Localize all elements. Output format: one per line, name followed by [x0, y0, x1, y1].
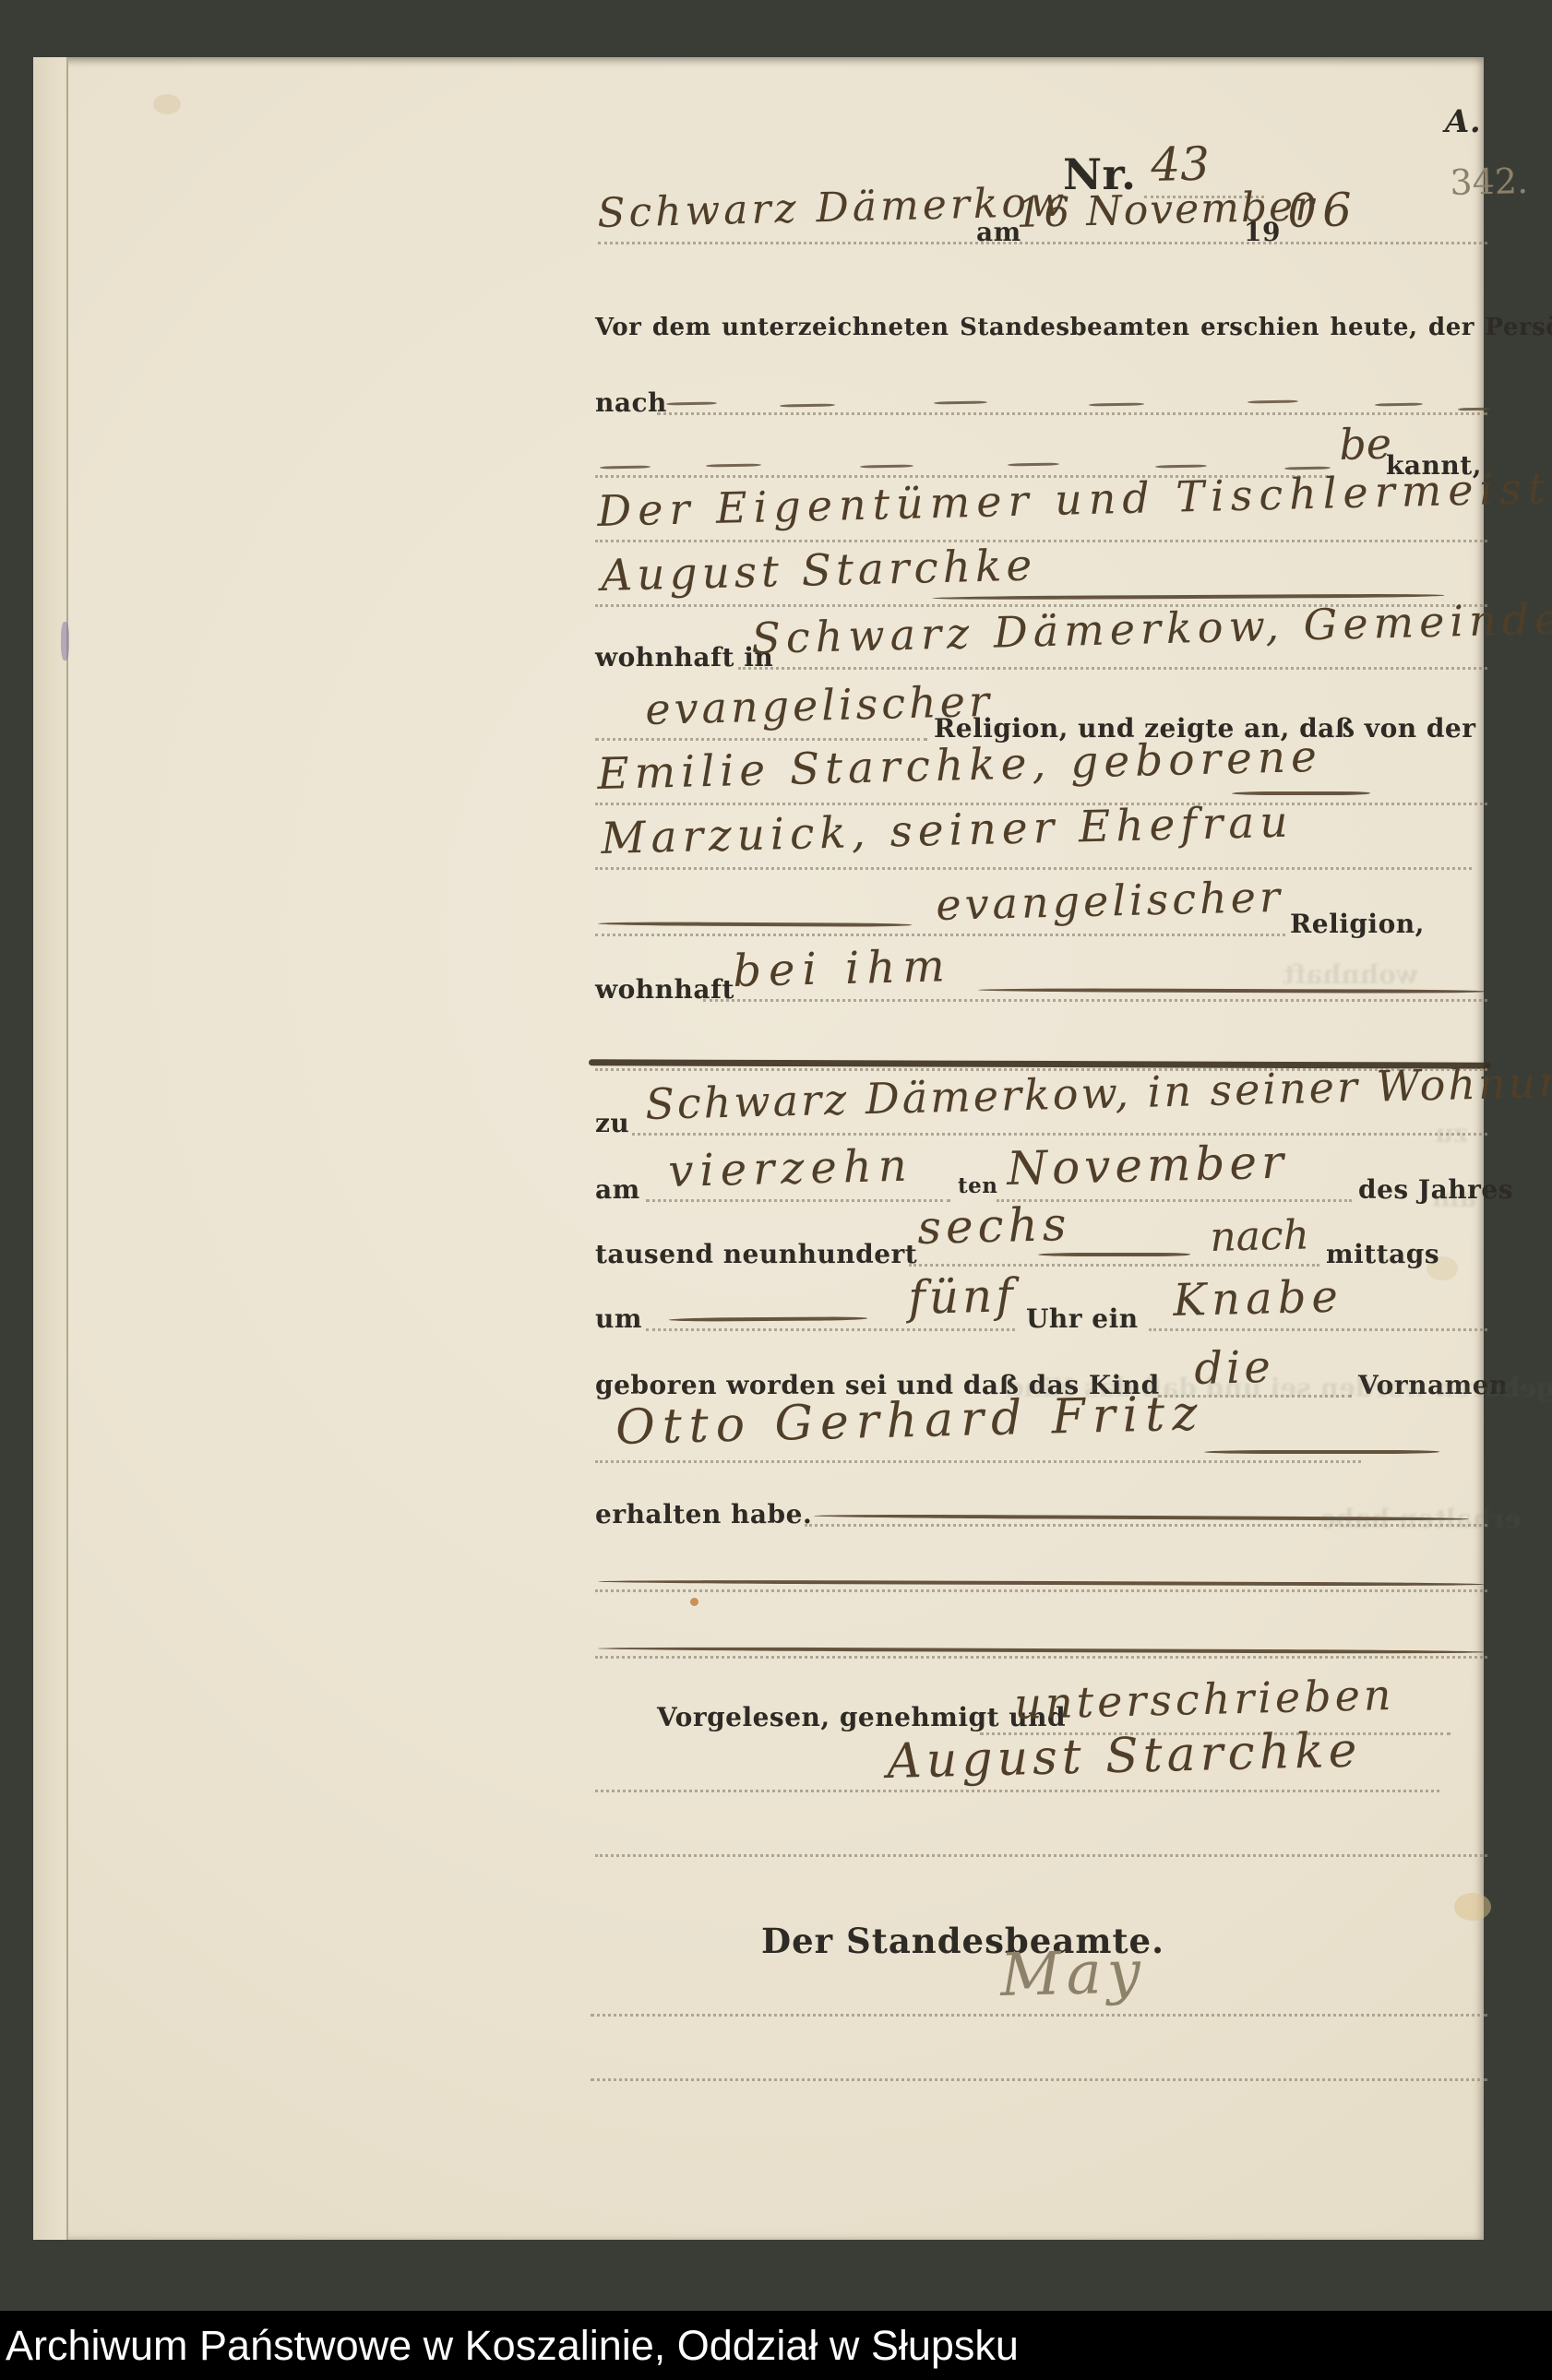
unterschrieben-handwritten: unterschrieben: [1014, 1670, 1395, 1729]
archive-caption-bar: Archiwum Państwowe w Koszalinie, Oddział…: [0, 2311, 1552, 2380]
child-sex-handwritten: Knabe: [1173, 1271, 1344, 1327]
mother-religion-handwritten: evangelischer: [936, 872, 1284, 930]
archive-caption-text: Archiwum Państwowe w Koszalinie, Oddział…: [6, 2322, 1019, 2370]
birth-year-handwritten: sechs: [917, 1197, 1071, 1255]
vorgelesen-printed: Vorgelesen, genehmigt und: [657, 1702, 1066, 1732]
dotted-rule: [703, 999, 1487, 1002]
record-number-value: 43: [1151, 137, 1211, 192]
paper-stain: [153, 94, 181, 114]
religion2-printed: Religion,: [1290, 909, 1425, 939]
declarant-name-handwritten: August Starchke: [601, 540, 1037, 601]
am2-label: am: [595, 1174, 640, 1205]
dotted-rule: [598, 242, 1487, 244]
dotted-rule: [646, 1199, 950, 1202]
dotted-rule: [1149, 1328, 1487, 1331]
dotted-rule: [646, 1328, 1015, 1331]
bleedthrough-text: am: [1432, 1183, 1476, 1213]
birth-month-handwritten: November: [1007, 1136, 1289, 1196]
bleedthrough-text: geboren worden sei und daß das Kind: [1006, 1373, 1552, 1403]
dotted-rule: [595, 1460, 1361, 1463]
underlying-page-edge: [66, 57, 68, 2240]
bleedthrough-text: zu: [1435, 1118, 1468, 1148]
dotted-rule: [595, 540, 1487, 542]
binding-edge-strip: [33, 57, 66, 2240]
um-label: um: [595, 1303, 642, 1334]
uhr-ein-label: Uhr ein: [1026, 1303, 1139, 1334]
birth-day-handwritten: vierzehn: [668, 1140, 914, 1197]
bekannt-handwritten-prefix: be: [1339, 419, 1392, 470]
dotted-rule: [632, 1133, 1487, 1136]
mittag-prefix-handwritten: nach: [1210, 1211, 1310, 1261]
registrar-signature-handwritten: May: [999, 1938, 1147, 2010]
year-handwritten: 06: [1287, 183, 1358, 238]
tausend-label: tausend neunhundert: [595, 1239, 917, 1269]
ten-suffix-label: ten: [958, 1173, 997, 1198]
bleedthrough-text: wohnhaft: [1283, 959, 1418, 990]
mother-residence-handwritten: bei ihm: [733, 940, 953, 997]
dotted-rule: [595, 1589, 1487, 1592]
dotted-rule: [595, 867, 1472, 870]
paper-stain: [1454, 1893, 1491, 1921]
dotted-rule: [738, 667, 1487, 670]
dotted-rule: [657, 412, 1487, 415]
scanned-register-page: Nr. 43 A. 342. Schwarz Dämerkow am 16 No…: [0, 0, 1552, 2380]
page-letter: A.: [1445, 103, 1481, 140]
paper-speck: [690, 1598, 698, 1606]
mittags-label: mittags: [1326, 1239, 1439, 1269]
bleedthrough-text: erhalten habe: [1319, 1504, 1521, 1534]
intro-printed-line: Vor dem unterzeichneten Standesbeamten e…: [595, 314, 1552, 341]
dotted-rule: [909, 1264, 1319, 1267]
archival-page-number: 342.: [1450, 161, 1529, 203]
dotted-rule: [595, 1854, 1487, 1857]
dotted-rule: [591, 2078, 1487, 2081]
dotted-rule: [595, 1790, 1439, 1792]
birth-hour-handwritten: fünf: [908, 1268, 1018, 1325]
declarant-signature-handwritten: August Starchke: [887, 1722, 1363, 1790]
dotted-rule: [595, 738, 927, 741]
dotted-rule: [595, 1656, 1487, 1659]
ink-smudge-purple: [61, 622, 69, 660]
zu-label: zu: [595, 1108, 629, 1138]
dotted-rule: [595, 934, 1285, 936]
erhalten-habe-printed: erhalten habe.: [595, 1499, 812, 1529]
dotted-rule: [591, 2014, 1487, 2017]
